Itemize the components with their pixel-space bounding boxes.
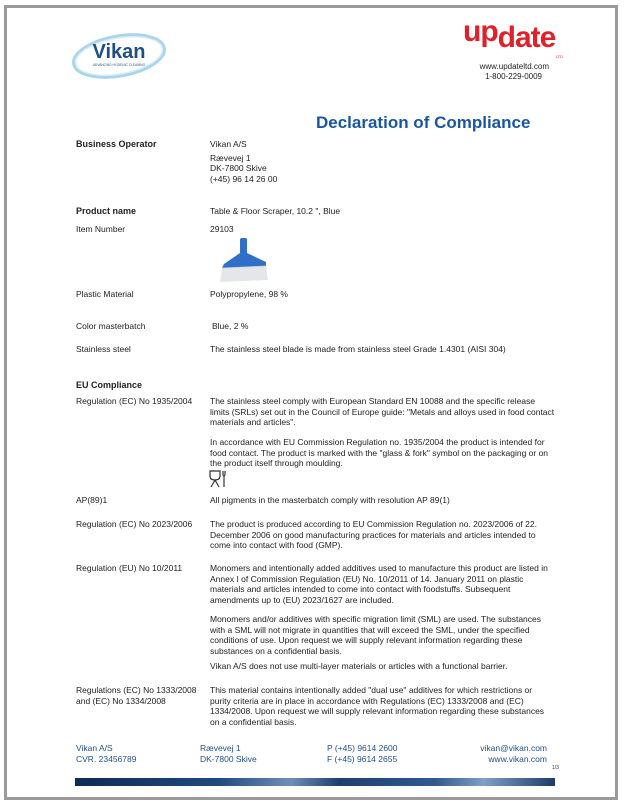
operator-street: Rævevej 1 [210,153,555,164]
regulation-1935-text-2: In accordance with EU Commission Regulat… [210,437,555,469]
operator-name: Vikan A/S [210,139,555,150]
footer-company-name: Vikan A/S [76,743,137,754]
color-masterbatch-value: Blue, 2 % [212,321,557,332]
regulation-2023-2006-label: Regulation (EC) No 2023/2006 [76,519,192,530]
operator-phone: (+45) 96 14 26 00 [210,174,555,185]
ap-89-1-text: All pigments in the masterbatch comply w… [210,495,555,506]
footer-company: Vikan A/S CVR. 23456789 [76,743,137,765]
regulation-1333-label-line-2: and (EC) No 1334/2008 [76,696,197,707]
svg-text:ADVANCING HYGIENIC CLEANING: ADVANCING HYGIENIC CLEANING [93,63,146,67]
stainless-steel-label: Stainless steel [76,344,131,355]
update-wordmark: update [463,24,555,52]
vikan-logo-graphic: Vikan ADVANCING HYGIENIC CLEANING [70,28,168,82]
plastic-material-label: Plastic Material [76,289,134,300]
regulation-10-2011-text-3: Vikan A/S does not use multi-layer mater… [210,661,555,672]
item-number-value: 29103 [210,224,555,235]
footer-decorative-bar [75,778,555,786]
stainless-steel-value: The stainless steel blade is made from s… [210,344,555,355]
footer-city: DK-7800 Skive [200,754,257,765]
update-phone: 1-800-229-0009 [485,72,542,81]
product-name-label: Product name [76,206,136,217]
ap-89-1-label: AP(89)1 [76,495,107,506]
color-masterbatch-label: Color masterbatch [76,321,145,332]
business-operator-value: Vikan A/S Rævevej 1 DK-7800 Skive (+45) … [210,139,555,184]
footer-phone: P (+45) 9614 2600 [327,743,398,754]
footer-web: vikan@vikan.com www.vikan.com [440,743,547,765]
business-operator-label: Business Operator [76,139,157,150]
page-number: 1/3 [552,765,559,771]
update-url[interactable]: www.updateltd.com [480,62,549,71]
item-number-label: Item Number [76,224,125,235]
scraper-product-image [214,238,274,282]
footer-cvr: CVR. 23456789 [76,754,137,765]
regulation-10-2011-text-2: Monomers and/or additives with specific … [210,614,555,656]
update-ltd-logo: update LTD www.updateltd.com 1-800-229-0… [455,24,565,86]
footer-street: Rævevej 1 [200,743,257,754]
footer-phones: P (+45) 9614 2600 F (+45) 9614 2655 [327,743,398,765]
eu-compliance-heading: EU Compliance [76,380,142,391]
operator-city: DK-7800 Skive [210,163,555,174]
document-title: Declaration of Compliance [316,113,530,133]
footer-website-link[interactable]: www.vikan.com [440,754,547,765]
footer-address: Rævevej 1 DK-7800 Skive [200,743,257,765]
svg-text:Vikan: Vikan [93,41,146,63]
regulation-1333-1334-text: This material contains intentionally add… [210,685,555,727]
footer-fax: F (+45) 9614 2655 [327,754,398,765]
plastic-material-value: Polypropylene, 98 % [210,289,555,300]
regulation-1333-1334-label: Regulations (EC) No 1333/2008 and (EC) N… [76,685,197,707]
product-name-value: Table & Floor Scraper, 10.2 ", Blue [210,206,555,217]
vikan-logo: Vikan ADVANCING HYGIENIC CLEANING [70,28,168,82]
regulation-1333-label-line-1: Regulations (EC) No 1333/2008 [76,685,197,696]
regulation-10-2011-label: Regulation (EU) No 10/2011 [76,563,182,574]
regulation-1935-text-1: The stainless steel comply with European… [210,396,555,428]
footer-email-link[interactable]: vikan@vikan.com [440,743,547,754]
regulation-1935-label: Regulation (EC) No 1935/2004 [76,396,192,407]
glass-fork-icon [208,470,228,488]
regulation-10-2011-text-1: Monomers and intentionally added additiv… [210,563,555,605]
regulation-2023-2006-text: The product is produced according to EU … [210,519,555,551]
update-ltd-suffix: LTD [556,54,563,59]
